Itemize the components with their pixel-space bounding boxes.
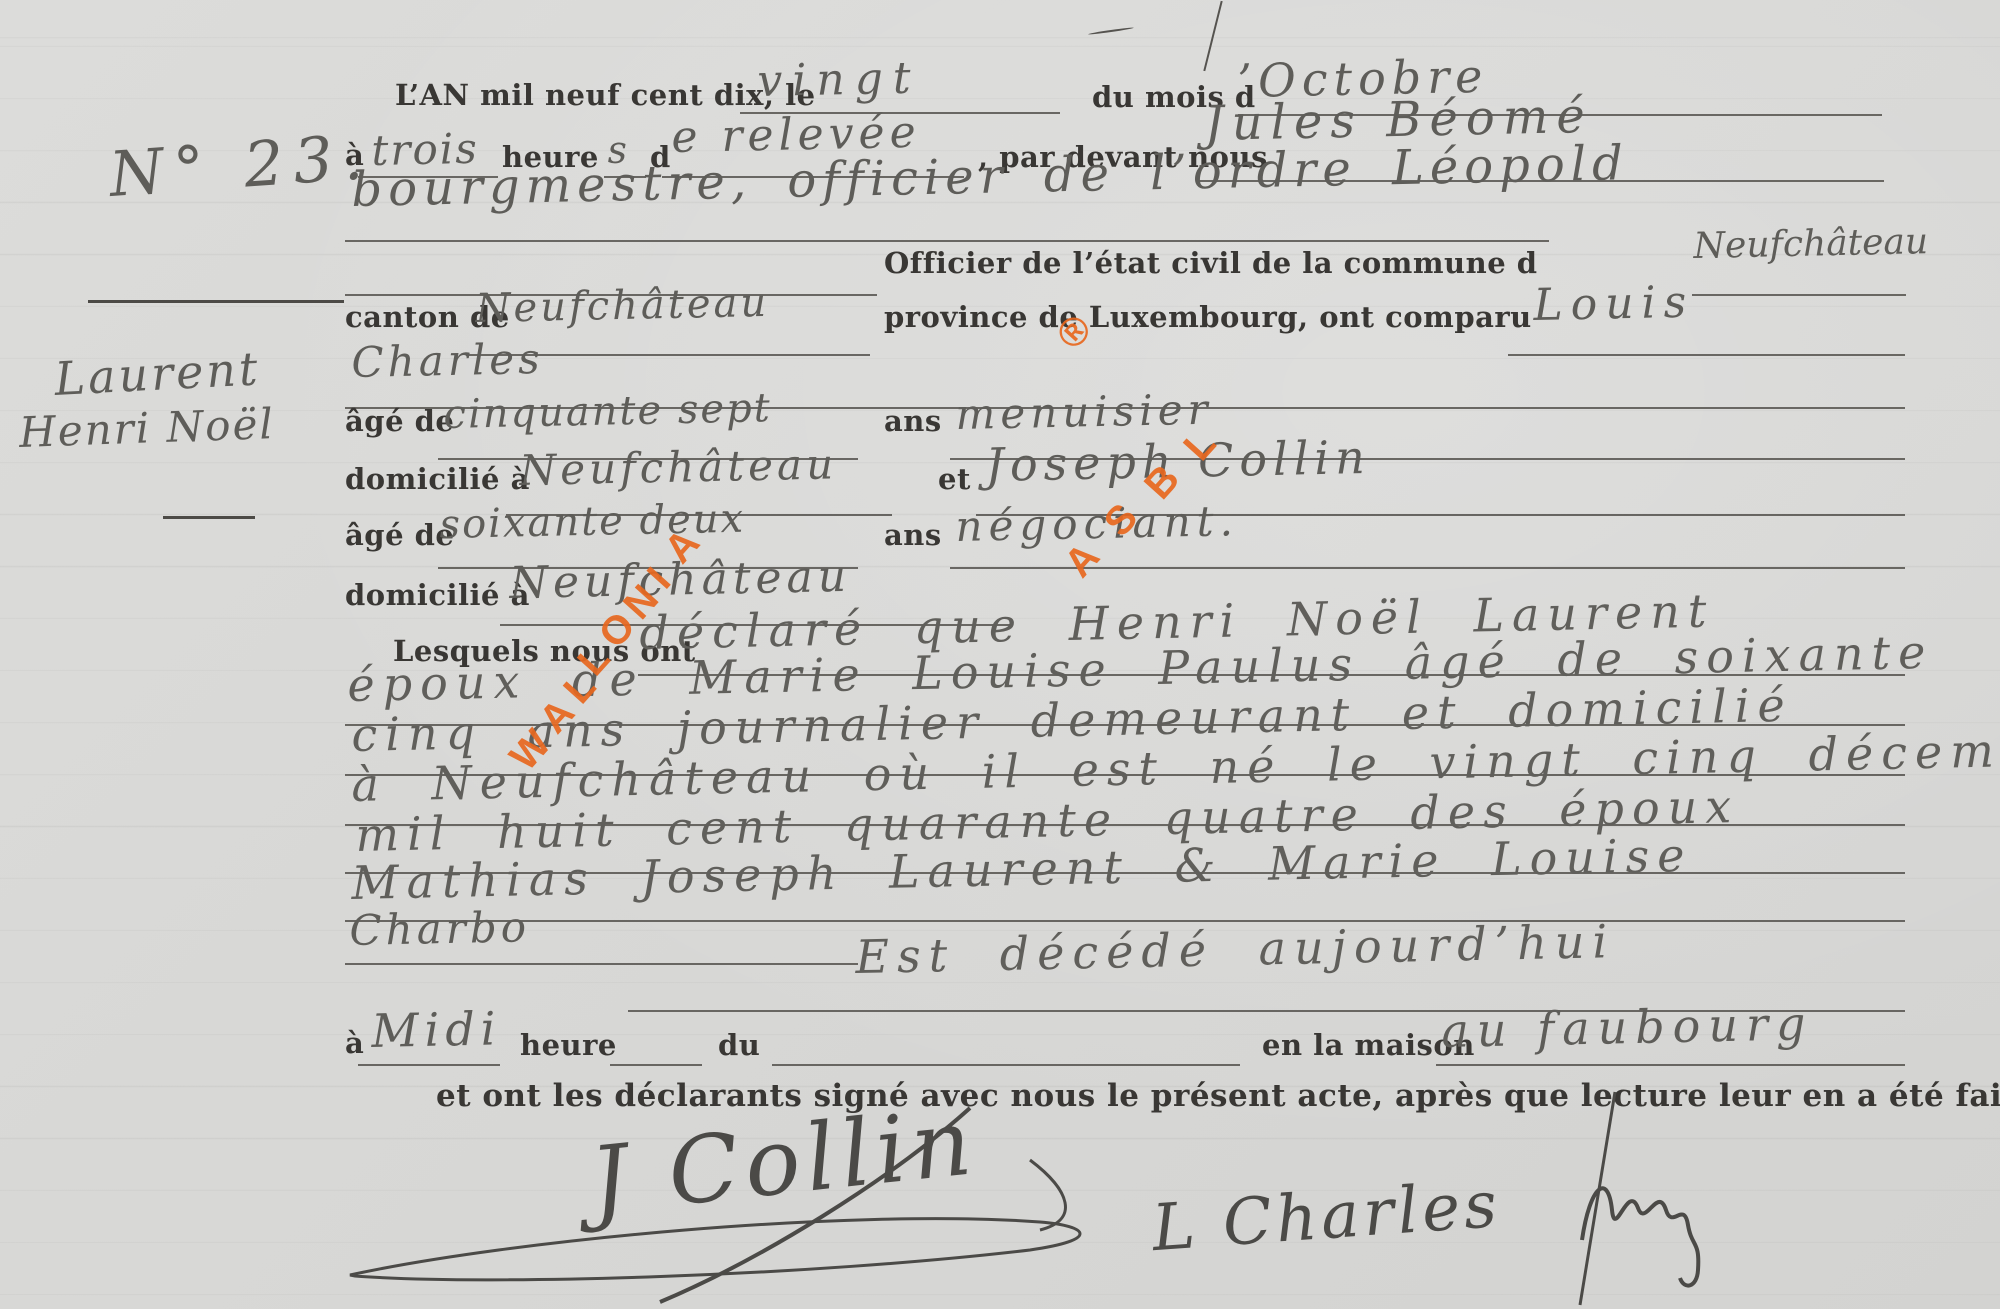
hw-declarant1-first: Louis [1533, 277, 1695, 331]
printed-age1: âgé de [345, 404, 454, 438]
printed-province: province de Luxembourg, ont comparu [884, 300, 1532, 334]
printed-year-line: L’AN mil neuf cent dix, le [395, 78, 816, 112]
hw-canton: Neufchâteau [475, 280, 770, 332]
margin-rule [88, 300, 344, 303]
printed-age2: âgé de [345, 518, 454, 552]
blank-line [610, 1064, 702, 1066]
act-number: N° 23. [107, 120, 375, 211]
blank-line [1508, 354, 1905, 356]
blank-line [1436, 1064, 1905, 1066]
printed-et: et [938, 462, 971, 496]
blank-line [345, 920, 1905, 922]
hw-age2: soixante deux [439, 496, 746, 548]
hw-day: vingt [757, 53, 921, 107]
margin-given-names: Henri Noël [18, 399, 275, 457]
hw-faubourg: au faubourg [1441, 996, 1814, 1058]
blank-line [1692, 294, 1906, 296]
blank-line [358, 1064, 500, 1066]
margin-dash [163, 516, 255, 519]
blank-line [345, 963, 858, 965]
pen-stroke [1088, 27, 1134, 35]
printed-du: du [718, 1028, 760, 1062]
hw-profession2: négociant. [955, 496, 1239, 551]
printed-a-midi: à [345, 1026, 364, 1060]
hw-commune: Neufchâteau [1693, 221, 1928, 267]
hw-declaration-7: Charbo [349, 902, 530, 955]
hw-age1: cinquante sept [443, 385, 772, 438]
margin-surname: Laurent [53, 341, 261, 406]
death-certificate-scan: N° 23. Laurent Henri Noël L’AN mil neuf … [0, 0, 2000, 1309]
printed-domicile1: domicilié à [345, 462, 530, 496]
blank-line [345, 240, 1549, 242]
hw-est-decede: Est décédé aujourd’hui [855, 914, 1616, 984]
hw-midi: Midi [371, 1001, 502, 1058]
signature-charles: L Charles [1150, 1168, 1503, 1266]
hw-profession1: menuisier [955, 385, 1213, 439]
printed-domicile2: domicilié à [345, 578, 530, 612]
printed-ans1: ans [884, 404, 942, 438]
hw-declarant1-last: Charles [351, 334, 544, 387]
signature-collin-flourish [330, 1090, 1150, 1309]
pen-stroke [1203, 1, 1222, 71]
blank-line [772, 1064, 1240, 1066]
printed-ans2: ans [884, 518, 942, 552]
signature-illegible [1470, 1090, 1730, 1309]
hw-domicile1: Neufchâteau [519, 439, 838, 495]
printed-commune: Officier de l’état civil de la commune d [884, 246, 1538, 280]
printed-heure2: heure [520, 1028, 617, 1062]
